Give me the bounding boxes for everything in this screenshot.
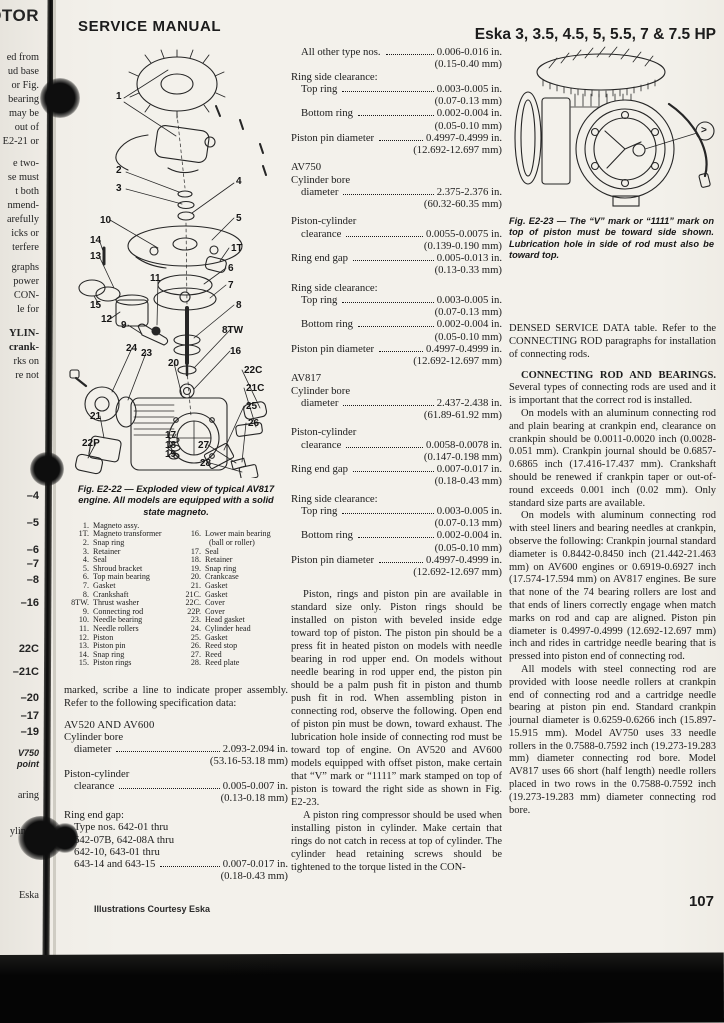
- margin-text-fragment: point: [0, 759, 39, 769]
- spec-line: (53.16-53.18 mm): [64, 755, 288, 767]
- margin-text-fragment: e two-: [0, 158, 39, 169]
- binding-shadow-blob: [52, 822, 78, 854]
- margin-text-fragment: may be: [0, 108, 39, 119]
- margin-text-fragment: or Fig.: [0, 80, 39, 91]
- spec-line: (0.139-0.190 mm): [291, 240, 502, 252]
- spec-line: Piston-cylinder: [64, 768, 288, 780]
- spec-line: clearance0.0058-0.0078 in.: [291, 439, 502, 451]
- dot-leader: [346, 236, 423, 237]
- parts-list: 1.Magneto assy.1T.Magneto transformer2.S…: [64, 522, 288, 668]
- spec-line: AV750: [291, 161, 502, 173]
- adjacent-page-margin: OTORed fromud baseor Fig.bearingmay beou…: [0, 0, 41, 1023]
- figure-e2-23-caption: Fig. E2-23 — The “V” mark or “1111” mark…: [509, 216, 716, 261]
- magneto-assembly: [116, 106, 266, 175]
- part-callout-number: 1T: [231, 244, 243, 254]
- dot-leader: [358, 537, 434, 538]
- dot-leader: [116, 751, 219, 752]
- margin-text-fragment: re not: [0, 370, 39, 381]
- part-callout-number: 25: [246, 402, 257, 412]
- margin-text-fragment: –20: [0, 692, 39, 704]
- part-callout-number: 12: [101, 315, 112, 325]
- margin-text-fragment: icks or: [0, 228, 39, 239]
- part-callout-number: 26: [248, 419, 259, 429]
- margin-text-fragment: nmend-: [0, 200, 39, 211]
- margin-text-fragment: bearing: [0, 94, 39, 105]
- margin-text-fragment: OTOR: [0, 6, 39, 26]
- spec-line: (0.05-0.10 mm): [291, 331, 502, 343]
- parts-list-item: 3.Retainer: [64, 548, 176, 557]
- part-callout-number: 14: [90, 236, 101, 246]
- shroud-bracket: [128, 226, 242, 268]
- paragraph-connecting-rod: CONNECTING ROD AND BEARINGS. Several typ…: [509, 370, 716, 408]
- spec-line: Top ring0.003-0.005 in.: [291, 83, 502, 95]
- recoil-housing: [515, 92, 541, 184]
- figure-e2-22: 12345101T141367118151298TW1624232022C21C…: [64, 48, 294, 478]
- part-callout-number: 7: [228, 281, 234, 291]
- margin-text-fragment: rks on: [0, 356, 39, 367]
- spec-line: 642-07B, 642-08A thru: [64, 834, 288, 846]
- spec-line: Piston pin diameter0.4997-0.4999 in.: [291, 132, 502, 144]
- right-column: > Fig. E2-23 — The “V” mark or “1111” ma…: [509, 46, 716, 817]
- part-callout-number: 19: [165, 450, 176, 460]
- flywheel: [129, 50, 225, 118]
- margin-text-fragment: V750: [0, 748, 39, 758]
- parts-list-right: 16.Lower main bearing(ball or roller)17.…: [176, 522, 288, 668]
- figure-e2-23: >: [509, 46, 723, 208]
- paragraph-steel-rod: All models with steel connecting rod are…: [509, 664, 716, 818]
- part-callout-number: 11: [150, 274, 161, 284]
- part-callout-number: 21C: [246, 384, 264, 394]
- crankcase-block: [131, 398, 227, 470]
- spec-block-middle: All other type nos.0.006-0.016 in.(0.15-…: [291, 46, 502, 578]
- parts-list-item: 2.Snap ring: [64, 539, 176, 548]
- paragraph-marked-scribe: marked, scribe a line to indicate proper…: [64, 684, 288, 710]
- paragraph-aluminum-rod: On models with an aluminum connecting ro…: [509, 408, 716, 510]
- dot-leader: [379, 562, 423, 563]
- spec-line: Piston pin diameter0.4997-0.4999 in.: [291, 554, 502, 566]
- spec-line: (0.07-0.13 mm): [291, 517, 502, 529]
- part-callout-number: 23: [141, 349, 152, 359]
- spec-line: Piston pin diameter0.4997-0.4999 in.: [291, 343, 502, 355]
- dot-leader: [386, 54, 434, 55]
- part-callout-number: 15: [90, 301, 101, 311]
- spec-line: Top ring0.003-0.005 in.: [291, 294, 502, 306]
- dot-leader: [346, 447, 423, 448]
- margin-text-fragment: graphs: [0, 262, 39, 273]
- scan-bottom-band: [0, 952, 724, 1023]
- part-callout-number: 21: [90, 412, 101, 422]
- middle-column: All other type nos.0.006-0.016 in.(0.15-…: [291, 46, 502, 874]
- parts-list-item: 15.Piston rings: [64, 659, 176, 668]
- figure-e2-22-caption: Fig. E2-22 — Exploded view of typical AV…: [64, 484, 288, 518]
- part-callout-number: 6: [228, 264, 234, 274]
- margin-text-fragment: 22C: [0, 643, 39, 655]
- spec-line: AV817: [291, 372, 502, 384]
- part-callout-number: 16: [230, 347, 241, 357]
- paragraph-piston-rings: Piston, rings and piston pin are availab…: [291, 588, 502, 809]
- spec-line: (61.89-61.92 mm): [291, 409, 502, 421]
- spec-line: Cylinder bore: [291, 385, 502, 397]
- spec-line: Ring end gap0.005-0.013 in.: [291, 252, 502, 264]
- spec-title-av520-av600: AV520 AND AV600: [64, 719, 288, 731]
- model-header: Eska 3, 3.5, 4.5, 5, 5.5, 7 & 7.5 HP: [475, 26, 716, 44]
- spec-line: Piston-cylinder: [291, 426, 502, 438]
- margin-text-fragment: arefully: [0, 214, 39, 225]
- margin-text-fragment: se must: [0, 172, 39, 183]
- margin-text-fragment: –8: [0, 574, 39, 586]
- spec-line: Piston-cylinder: [291, 215, 502, 227]
- part-callout-number: 5: [236, 214, 242, 224]
- leader-lines: [88, 70, 260, 472]
- spec-line: 643-14 and 643-150.007-0.017 in.: [64, 858, 288, 870]
- spec-line: diameter2.375-2.376 in.: [291, 186, 502, 198]
- spec-line: Ring end gap:: [64, 809, 288, 821]
- spec-line: diameter2.437-2.438 in.: [291, 397, 502, 409]
- connecting-rod-heading: CONNECTING ROD AND BEARINGS.: [521, 370, 716, 381]
- part-callout-number: 3: [116, 184, 122, 194]
- v-mark-engine-drawing: [509, 46, 723, 208]
- margin-text-fragment: t both: [0, 186, 39, 197]
- part-callout-number: 20: [168, 359, 179, 369]
- left-column: 12345101T141367118151298TW1624232022C21C…: [64, 48, 288, 882]
- illustrations-credit: Illustrations Courtesy Eska: [94, 904, 210, 914]
- spec-line: (0.13-0.33 mm): [291, 264, 502, 276]
- spec-line: Ring end gap0.007-0.017 in.: [291, 463, 502, 475]
- dot-leader: [342, 302, 433, 303]
- part-callout-number: 27: [198, 441, 209, 451]
- spec-line: (0.05-0.10 mm): [291, 120, 502, 132]
- margin-text-fragment: ud base: [0, 66, 39, 77]
- dot-leader: [353, 260, 434, 261]
- v-mark-glyph: >: [701, 125, 707, 136]
- parts-list-left: 1.Magneto assy.1T.Magneto transformer2.S…: [64, 522, 176, 668]
- margin-text-fragment: –4: [0, 490, 39, 502]
- spec-line: clearance0.0055-0.0075 in.: [291, 228, 502, 240]
- scanned-page: OTORed fromud baseor Fig.bearingmay beou…: [0, 0, 724, 1023]
- dot-leader: [342, 513, 433, 514]
- part-callout-number: 28: [200, 459, 211, 469]
- part-callout-number: 8TW: [222, 326, 243, 336]
- margin-text-fragment: –6: [0, 544, 39, 556]
- dot-leader: [119, 788, 219, 789]
- page-title: SERVICE MANUAL: [78, 18, 221, 35]
- dot-leader: [343, 405, 433, 406]
- spec-line: Bottom ring0.002-0.004 in.: [291, 318, 502, 330]
- spec-line: 642-10, 643-01 thru: [64, 846, 288, 858]
- spec-line: Ring side clearance:: [291, 493, 502, 505]
- dot-leader: [353, 471, 434, 472]
- dot-leader: [160, 866, 219, 867]
- part-callout-number: 1: [116, 92, 122, 102]
- connecting-rod-intro: Several types of connecting rods are use…: [509, 382, 716, 406]
- dot-leader: [379, 140, 423, 141]
- margin-text-fragment: ed from: [0, 52, 39, 63]
- dot-leader: [379, 351, 423, 352]
- spec-line: diameter2.093-2.094 in.: [64, 743, 288, 755]
- margin-text-fragment: E2-21 or: [0, 136, 39, 147]
- margin-text-fragment: YLIN-: [0, 328, 39, 339]
- margin-text-fragment: Eska: [0, 890, 39, 901]
- spec-line: (0.147-0.198 mm): [291, 451, 502, 463]
- spec-line: (60.32-60.35 mm): [291, 198, 502, 210]
- spec-line: (0.15-0.40 mm): [291, 58, 502, 70]
- spec-line: Type nos. 642-01 thru: [64, 821, 288, 833]
- margin-text-fragment: CON-: [0, 290, 39, 301]
- parts-list-item: 6.Top main bearing: [64, 573, 176, 582]
- paragraph-steel-liners: On models with aluminum connecting rod w…: [509, 510, 716, 664]
- page-number: 107: [689, 893, 714, 910]
- spec-line: Cylinder bore: [64, 731, 288, 743]
- dot-leader: [343, 194, 433, 195]
- spec-line: Ring side clearance:: [291, 71, 502, 83]
- spec-line: (12.692-12.697 mm): [291, 355, 502, 367]
- spec-line: (0.18-0.43 mm): [64, 870, 288, 882]
- parts-list-item: 16.Lower main bearing(ball or roller): [176, 530, 288, 547]
- margin-text-fragment: terfere: [0, 242, 39, 253]
- spec-line: Bottom ring0.002-0.004 in.: [291, 107, 502, 119]
- margin-text-fragment: le for: [0, 304, 39, 315]
- spec-line: Top ring0.003-0.005 in.: [291, 505, 502, 517]
- part-callout-number: 22C: [244, 366, 262, 376]
- spec-line: (12.692-12.697 mm): [291, 144, 502, 156]
- spec-line: (0.05-0.10 mm): [291, 542, 502, 554]
- spec-line: (0.07-0.13 mm): [291, 306, 502, 318]
- part-callout-number: 24: [126, 344, 137, 354]
- margin-text-fragment: crank-: [0, 342, 39, 353]
- margin-text-fragment: power: [0, 276, 39, 287]
- dot-leader: [358, 326, 434, 327]
- part-callout-number: 8: [236, 301, 242, 311]
- part-callout-number: 22P: [82, 439, 100, 449]
- part-callout-number: 9: [121, 321, 127, 331]
- margin-text-fragment: out of: [0, 122, 39, 133]
- margin-text-fragment: aring: [0, 790, 39, 801]
- part-callout-number: 2: [116, 166, 122, 176]
- paragraph-ring-compressor: A piston ring compressor should be used …: [291, 809, 502, 874]
- part-callout-number: 4: [236, 177, 242, 187]
- spec-line: (0.07-0.13 mm): [291, 95, 502, 107]
- spec-line: Cylinder bore: [291, 174, 502, 186]
- parts-list-item: 28.Reed plate: [176, 659, 288, 668]
- paragraph-densed-service-data: DENSED SERVICE DATA table. Refer to the …: [509, 323, 716, 361]
- margin-text-fragment: –16: [0, 597, 39, 609]
- spec-block-av520: Cylinder borediameter2.093-2.094 in.(53.…: [64, 731, 288, 882]
- spec-line: Bottom ring0.002-0.004 in.: [291, 529, 502, 541]
- part-callout-number: 10: [100, 216, 111, 226]
- spec-line: (12.692-12.697 mm): [291, 566, 502, 578]
- binding-shadow-blob: [40, 78, 80, 118]
- margin-text-fragment: –19: [0, 726, 39, 738]
- margin-text-fragment: –5: [0, 517, 39, 529]
- spec-line: (0.18-0.43 mm): [291, 475, 502, 487]
- dot-leader: [342, 91, 433, 92]
- spec-line: Ring side clearance:: [291, 282, 502, 294]
- part-callout-number: 13: [90, 252, 101, 262]
- binding-shadow-blob: [30, 452, 64, 486]
- margin-text-fragment: –21C: [0, 666, 39, 678]
- dot-leader: [358, 115, 434, 116]
- spec-line: clearance0.005-0.007 in.: [64, 780, 288, 792]
- margin-text-fragment: –17: [0, 710, 39, 722]
- margin-text-fragment: –7: [0, 558, 39, 570]
- spec-line: All other type nos.0.006-0.016 in.: [291, 46, 502, 58]
- spec-line: (0.13-0.18 mm): [64, 792, 288, 804]
